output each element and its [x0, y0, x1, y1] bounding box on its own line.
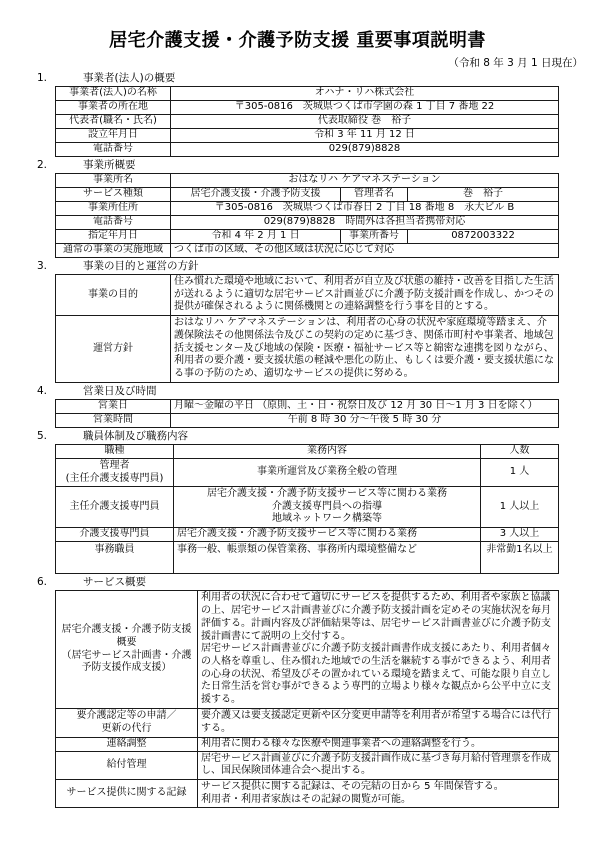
row-label-line: 居宅介護支援・介護予防支援: [59, 624, 194, 637]
office-address: 〒305-0816 茨城県つくば市春日 2 丁目 18 番地 8 永大ビル B: [171, 202, 559, 216]
office-overview-table: 事業所名 おはなリハ ケアマネステーション サービス種類 居宅介護支援・介護予防…: [55, 173, 559, 258]
section-2-heading: 2.事業所概要: [37, 159, 595, 172]
table-row: 主任介護支援専門員 居宅介護支援・介護予防支援サービス等に関わる業務 介護支援専…: [56, 487, 559, 528]
staff-table: 職種 業務内容 人数 管理者 (主任介護支援専門員) 事業所運営及び業務全般の管…: [55, 444, 559, 574]
row-label: 設立年月日: [56, 129, 171, 143]
table-row: 連絡調整 利用者に関わる様々な医療や関連事業者への連絡調整を行う。: [56, 737, 559, 751]
staff-count: 3 人以上: [481, 528, 559, 542]
row-value: オハナ・リハ株式会社: [171, 87, 559, 101]
row-value: 〒305-0816 茨城県つくば市学園の森 1 丁目 7 番地 22: [171, 101, 559, 115]
col-header-count: 人数: [481, 445, 559, 459]
row-value: 令和 3 年 11 月 12 日: [171, 129, 559, 143]
business-purpose: 住み慣れた環境や地域において、利用者が自立及び状態の維持・改善を目指した生活が送…: [171, 275, 559, 316]
row-label: 居宅介護支援・介護予防支援 概要 （居宅サービス計画書・介護予防支援作成支援）: [56, 591, 198, 709]
section-3-heading: 3.事業の目的と運営の方針: [37, 260, 595, 273]
table-row: 指定年月日 令和 4 年 2 月 1 日 事業所番号 0872003322: [56, 230, 559, 244]
application-proxy-text: 要介護又は要支援認定更新や区分変更申請等を利用者が希望する場合には代行する。: [198, 709, 559, 737]
section-2-title: 事業所概要: [83, 159, 136, 171]
purpose-policy-table: 事業の目的 住み慣れた環境や地域において、利用者が自立及び状態の維持・改善を目指…: [55, 274, 559, 383]
office-tel: 029(879)8828 時間外は各担当者携帯対応: [171, 216, 559, 230]
business-hours: 午前 8 時 30 分～午後 5 時 30 分: [171, 414, 559, 428]
staff-role: 管理者 (主任介護支援専門員): [56, 459, 174, 487]
section-5-heading: 5.職員体制及び職務内容: [37, 430, 595, 443]
row-value: 代表取締役 巻 裕子: [171, 115, 559, 129]
staff-duty-line: 介護支援専門員への指導: [177, 501, 477, 514]
row-label: 電話番号: [56, 143, 171, 157]
staff-duty-line: 地域ネットワーク構築等: [177, 513, 477, 526]
service-overview-text: 利用者の状況に合わせて適切にサービスを提供するため、利用者や家族と協議の上、居宅…: [198, 591, 559, 709]
record-line: サービス提供に関する記録は、その完結の日から 5 年間保管する。: [201, 781, 555, 794]
coordination-text: 利用者に関わる様々な医療や関連事業者への連絡調整を行う。: [198, 737, 559, 751]
row-label: 連絡調整: [56, 737, 198, 751]
table-row: 管理者 (主任介護支援専門員) 事業所運営及び業務全般の管理 1 人: [56, 459, 559, 487]
table-row: 営業時間 午前 8 時 30 分～午後 5 時 30 分: [56, 414, 559, 428]
table-row: 運営方針 おはなリハ ケアマネステーションは、利用者の心身の状況や家庭環境等踏ま…: [56, 316, 559, 383]
row-label: 営業時間: [56, 414, 171, 428]
table-row: 事業の目的 住み慣れた環境や地域において、利用者が自立及び状態の維持・改善を目指…: [56, 275, 559, 316]
row-label: 事業の目的: [56, 275, 171, 316]
service-area: つくば市の区域、その他区域は状況に応じて対応: [171, 244, 559, 258]
overview-paragraph: 利用者の状況に合わせて適切にサービスを提供するため、利用者や家族と協議の上、居宅…: [201, 592, 555, 643]
business-hours-table: 営業日 月曜～金曜の平日 （原則、土・日・祝祭日及び 12 月 30 日～1 月…: [55, 399, 559, 428]
staff-duty-line: 居宅介護支援・介護予防支援サービス等に関わる業務: [177, 488, 477, 501]
manager-label: 管理者名: [341, 188, 408, 202]
row-label: 指定年月日: [56, 230, 171, 244]
table-header-row: 職種 業務内容 人数: [56, 445, 559, 459]
section-3-number: 3.: [37, 260, 83, 273]
row-label: 代表者(職名・氏名): [56, 115, 171, 129]
table-row: 通常の事業の実施地域 つくば市の区域、その他区域は状況に応じて対応: [56, 244, 559, 258]
business-entity-table: 事業者(法人)の名称 オハナ・リハ株式会社 事業者の所在地 〒305-0816 …: [55, 86, 559, 157]
office-number-label: 事業所番号: [341, 230, 408, 244]
business-days: 月曜～金曜の平日 （原則、土・日・祝祭日及び 12 月 30 日～1 月 3 日…: [171, 400, 559, 414]
section-1-title: 事業者(法人)の概要: [83, 72, 175, 84]
table-row: 代表者(職名・氏名) 代表取締役 巻 裕子: [56, 115, 559, 129]
table-row: 事業者の所在地 〒305-0816 茨城県つくば市学園の森 1 丁目 7 番地 …: [56, 101, 559, 115]
row-label: 事業所住所: [56, 202, 171, 216]
table-row: 介護支援専門員 居宅介護支援・介護予防支援サービス等に関わる業務 3 人以上: [56, 528, 559, 542]
row-label-line: 概要: [59, 637, 194, 650]
table-row: 居宅介護支援・介護予防支援 概要 （居宅サービス計画書・介護予防支援作成支援） …: [56, 591, 559, 709]
section-1-heading: 1.事業者(法人)の概要: [37, 72, 595, 85]
row-label: サービス種類: [56, 188, 171, 202]
section-4-title: 営業日及び時間: [83, 385, 157, 397]
section-5-number: 5.: [37, 430, 83, 443]
section-3-title: 事業の目的と運営の方針: [83, 260, 199, 272]
table-row: 事務職員 事務一般、帳票類の保管業務、事務所内環境整備など 非常勤1名以上: [56, 542, 559, 574]
row-label: 事業所名: [56, 174, 171, 188]
overview-paragraph: 居宅サービス計画書並びに介護予防支援計画書作成支援にあたり、利用者個々の人格を尊…: [201, 643, 555, 707]
record-line: 利用者・利用者家族はその記録の閲覧が可能。: [201, 794, 555, 807]
section-5-title: 職員体制及び職務内容: [83, 430, 188, 442]
row-label: 事業者の所在地: [56, 101, 171, 115]
staff-duty: 居宅介護支援・介護予防支援サービス等に関わる業務 介護支援専門員への指導 地域ネ…: [174, 487, 481, 528]
section-4-number: 4.: [37, 385, 83, 398]
table-row: 要介護認定等の申請／ 更新の代行 要介護又は要支援認定更新や区分変更申請等を利用…: [56, 709, 559, 737]
table-row: 電話番号 029(879)8828: [56, 143, 559, 157]
staff-count: 非常勤1名以上: [481, 542, 559, 574]
table-row: 営業日 月曜～金曜の平日 （原則、土・日・祝祭日及び 12 月 30 日～1 月…: [56, 400, 559, 414]
office-name: おはなリハ ケアマネステーション: [171, 174, 559, 188]
row-label: 電話番号: [56, 216, 171, 230]
table-row: 事業所名 おはなリハ ケアマネステーション: [56, 174, 559, 188]
table-row: 事業所住所 〒305-0816 茨城県つくば市春日 2 丁目 18 番地 8 永…: [56, 202, 559, 216]
staff-duty: 居宅介護支援・介護予防支援サービス等に関わる業務: [174, 528, 481, 542]
table-row: 電話番号 029(879)8828 時間外は各担当者携帯対応: [56, 216, 559, 230]
office-number: 0872003322: [408, 230, 559, 244]
col-header-duty: 業務内容: [174, 445, 481, 459]
row-label-line: （居宅サービス計画書・介護予防支援作成支援）: [59, 650, 194, 675]
staff-duty: 事業所運営及び業務全般の管理: [174, 459, 481, 487]
page-title: 居宅介護支援・介護予防支援 重要事項説明書: [0, 26, 595, 52]
table-row: サービス種類 居宅介護支援・介護予防支援 管理者名 巻 裕子: [56, 188, 559, 202]
section-6-number: 6.: [37, 576, 83, 589]
staff-role: 事務職員: [56, 542, 174, 574]
section-4-heading: 4.営業日及び時間: [37, 385, 595, 398]
service-type: 居宅介護支援・介護予防支援: [171, 188, 341, 202]
table-row: 事業者(法人)の名称 オハナ・リハ株式会社: [56, 87, 559, 101]
row-label: 要介護認定等の申請／ 更新の代行: [56, 709, 198, 737]
designation-date: 令和 4 年 2 月 1 日: [171, 230, 341, 244]
staff-role: 主任介護支援専門員: [56, 487, 174, 528]
service-overview-table: 居宅介護支援・介護予防支援 概要 （居宅サービス計画書・介護予防支援作成支援） …: [55, 590, 559, 808]
row-label: 通常の事業の実施地域: [56, 244, 171, 258]
table-row: 給付管理 居宅サービス計画並びに介護予防支援計画作成に基づき毎月給付管理票を作成…: [56, 751, 559, 779]
table-row: サービス提供に関する記録 サービス提供に関する記録は、その完結の日から 5 年間…: [56, 779, 559, 807]
staff-duty: 事務一般、帳票類の保管業務、事務所内環境整備など: [174, 542, 481, 574]
staff-count: 1 人以上: [481, 487, 559, 528]
section-2-number: 2.: [37, 159, 83, 172]
section-6-heading: 6.サービス概要: [37, 576, 595, 589]
staff-role-line: 管理者: [59, 460, 170, 473]
management-policy: おはなリハ ケアマネステーションは、利用者の心身の状況や家庭環境等踏まえ、介護保…: [171, 316, 559, 383]
benefit-management-text: 居宅サービス計画並びに介護予防支援計画作成に基づき毎月給付管理票を作成し、国民保…: [198, 751, 559, 779]
row-label-line: 要介護認定等の申請／: [59, 710, 194, 723]
row-label: 給付管理: [56, 751, 198, 779]
as-of-date: （令和 8 年 3 月 1 日現在）: [0, 55, 595, 70]
row-value: 029(879)8828: [171, 143, 559, 157]
row-label: サービス提供に関する記録: [56, 779, 198, 807]
col-header-role: 職種: [56, 445, 174, 459]
section-1-number: 1.: [37, 72, 83, 85]
row-label: 事業者(法人)の名称: [56, 87, 171, 101]
row-label: 営業日: [56, 400, 171, 414]
row-label: 運営方針: [56, 316, 171, 383]
staff-role: 介護支援専門員: [56, 528, 174, 542]
staff-role-line: (主任介護支援専門員): [59, 473, 170, 486]
row-label-line: 更新の代行: [59, 723, 194, 736]
service-record-text: サービス提供に関する記録は、その完結の日から 5 年間保管する。 利用者・利用者…: [198, 779, 559, 807]
table-row: 設立年月日 令和 3 年 11 月 12 日: [56, 129, 559, 143]
section-6-title: サービス概要: [83, 576, 146, 588]
staff-count: 1 人: [481, 459, 559, 487]
manager-name: 巻 裕子: [408, 188, 559, 202]
